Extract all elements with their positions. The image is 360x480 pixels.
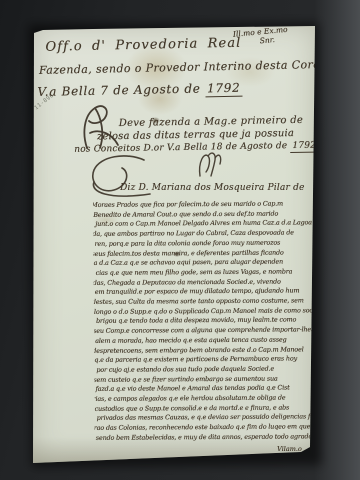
- addressee-line2: Snr.: [259, 34, 288, 46]
- date-prefix: V.a Bella 7 de Agosto de: [37, 81, 205, 99]
- manuscript-line: Moraes Prados que fica por falecim.to de…: [93, 199, 315, 210]
- manuscript-line: cias q.e que nem meu filho gode, sem as …: [96, 267, 316, 278]
- registry-line2: zelosa das ditas terras que ja possuia: [97, 128, 294, 142]
- catchword: Vilam.o: [277, 445, 302, 453]
- header-office-line: Off.o d' Provedoria Real: [45, 36, 241, 55]
- date-year-underlined: 1792: [205, 81, 243, 98]
- addressee: Ill.mo e Ex.mo Snr.: [233, 25, 289, 48]
- manuscript-line: da, que ambos partirao no Lugar do Cabra…: [93, 228, 315, 239]
- petition-opening-line: Diz D. Mariana dos Mosqueira Pilar de: [120, 183, 305, 193]
- photo-backdrop: 11-896 Off.o d' Provedoria Real Ill.mo e…: [0, 0, 360, 480]
- manuscript-page: 11-896 Off.o d' Provedoria Real Ill.mo e…: [33, 25, 315, 463]
- opening-flourish-icon: [86, 152, 152, 202]
- rubric-flourish-icon: [196, 148, 222, 180]
- header-date-line: V.a Bella 7 de Agosto de 1792: [37, 81, 242, 99]
- petition-body-text: Moraes Prados que fica por falecim.to de…: [93, 199, 317, 449]
- header-line2: Fazenda, sendo o Provedor Interino desta…: [39, 58, 327, 77]
- manuscript-line: sendo bem Estabelecidas, e muy de dita a…: [96, 432, 317, 443]
- registry-line1: Deve fazenda a Mag.e primeiro de: [119, 115, 304, 129]
